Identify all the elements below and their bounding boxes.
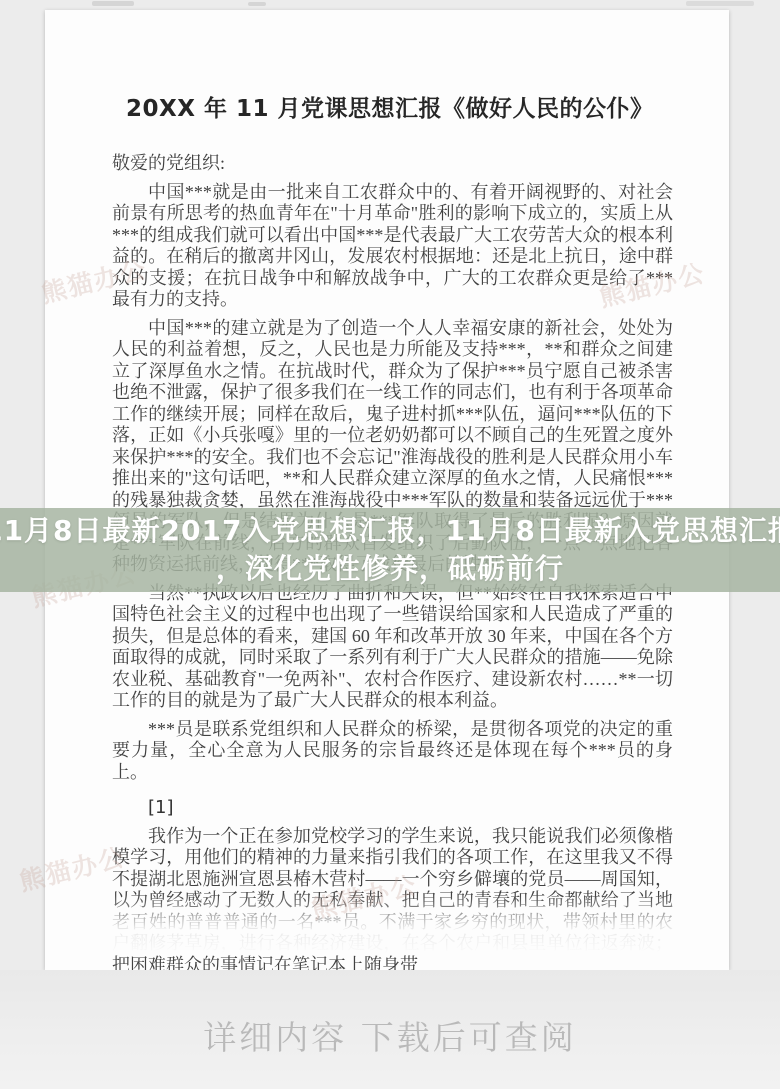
paragraph: 中国***就是由一批来自工农群众中的、有着开阔视野的、对社会前景有所思考的热血青… [112, 182, 673, 311]
paragraph: 当然**执政以后也经历了曲折和失误，但**始终在自我探索适合中国特色社会主义的过… [112, 583, 673, 712]
previous-page-edge-mark [248, 2, 266, 6]
document-title: 20XX 年 11 月党课思想汇报《做好人民的公仆》 [126, 95, 673, 123]
paragraph: ***员是联系党组织和人民群众的桥梁，是贯彻各项党的决定的重要力量，全心全意为人… [112, 719, 673, 784]
banner-title-line2: ，深化党性修养，砥砺前行 [216, 550, 564, 588]
footnote-marker: [1] [112, 797, 673, 819]
paragraph: 我作为一个正在参加党校学习的学生来说，我只能说我们必须像楷模学习，用他们的精神的… [112, 826, 673, 977]
previous-page-edge-mark [92, 1, 134, 6]
previous-page-edge-mark [686, 1, 754, 6]
banner-title-line1: 11月8日最新2017入党思想汇报，11月8日最新入党思想汇报 [0, 512, 780, 550]
salutation: 敬爱的党组织: [112, 153, 673, 175]
bottom-bar: 详细内容 下载后可查阅 [0, 970, 780, 1089]
download-hint-caption: 详细内容 下载后可查阅 [0, 1018, 780, 1058]
document-page: 20XX 年 11 月党课思想汇报《做好人民的公仆》 敬爱的党组织: 中国***… [45, 10, 729, 970]
document-preview: { "document": { "title": "20XX 年 11 月党课思… [0, 0, 780, 1089]
overlay-banner: 11月8日最新2017入党思想汇报，11月8日最新入党思想汇报 ，深化党性修养，… [0, 508, 780, 592]
